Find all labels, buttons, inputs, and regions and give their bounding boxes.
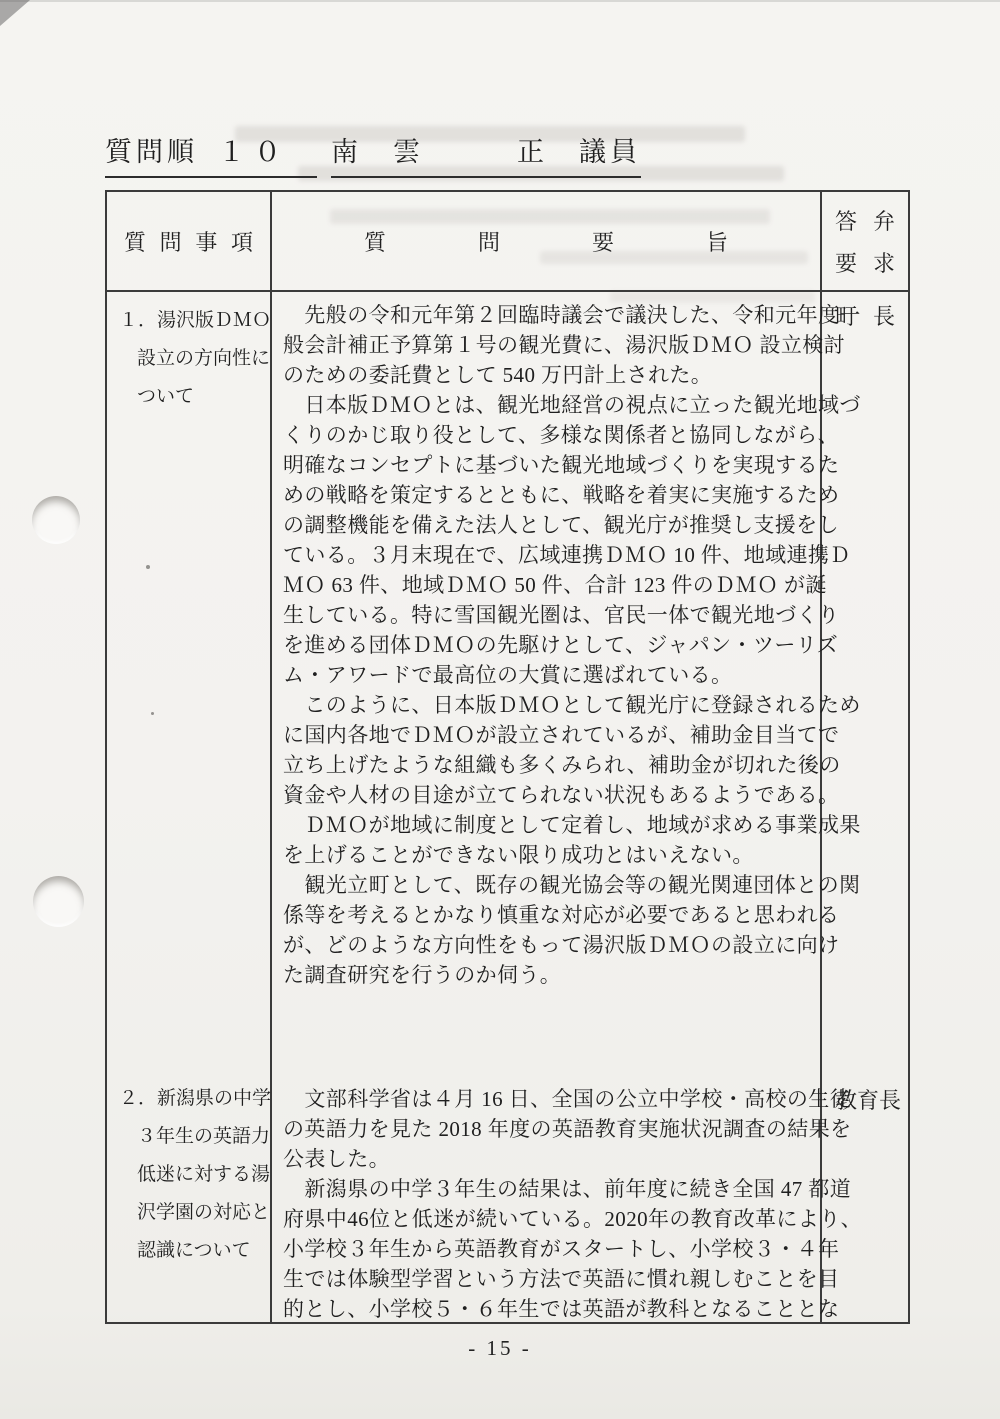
scan-corner-artifact bbox=[0, 0, 30, 26]
text-line: 低迷に対する湯 bbox=[111, 1156, 270, 1194]
question-2-summary: 文部科学省は４月 16 日、全国の公立中学校・高校の生徒の英語力を見た 2018… bbox=[283, 1084, 819, 1324]
char: 求 bbox=[873, 247, 895, 278]
text-line: ２．新潟県の中学 bbox=[111, 1080, 270, 1118]
text-line: 公表した。 bbox=[283, 1144, 819, 1174]
question-2-topic: ２．新潟県の中学３年生の英語力低迷に対する湯沢学園の対応と認識について bbox=[111, 1080, 270, 1270]
text-line: の調整機能を備えた法人として、観光庁が推奨し支援をし bbox=[283, 510, 819, 540]
question-2-answerer: 教育長 bbox=[835, 1084, 895, 1115]
text-line: くりのかじ取り役として、多様な関係者と協同しながら、 bbox=[283, 420, 819, 450]
text-line: ＤＭＯが地域に制度として定着し、地域が求める事業成果 bbox=[283, 810, 819, 840]
text-line: 般会計補正予算第１号の観光費に、湯沢版ＤＭＯ 設立検討 bbox=[283, 330, 819, 360]
scanned-document-page: 質問順１０ 南 雲 正 議員 質問事項 質問要旨 答弁 要求 １．湯沢版ＤＭＯ設… bbox=[0, 0, 1000, 1419]
char: 育 bbox=[857, 1084, 879, 1115]
header-cell-item: 質問事項 bbox=[107, 192, 270, 290]
text-line: 小学校３年生から英語教育がスタートし、小学校３・４年 bbox=[283, 1234, 819, 1264]
text-line: が、どのような方向性をもって湯沢版ＤＭＯの設立に向け bbox=[283, 930, 819, 960]
table-column-divider bbox=[270, 192, 272, 1322]
text-line: 観光立町として、既存の観光協会等の観光関連団体との関 bbox=[283, 870, 819, 900]
text-line: ついて bbox=[111, 378, 270, 416]
text-line: を上げることができない限り成功とはいえない。 bbox=[283, 840, 819, 870]
char: 長 bbox=[873, 300, 895, 331]
text-line: 係等を考えるとかなり慎重な対応が必要であると思われる bbox=[283, 900, 819, 930]
text-line: の英語力を見た 2018 年度の英語教育実施状況調査の結果を bbox=[283, 1114, 819, 1144]
header-item-label: 質問事項 bbox=[124, 226, 253, 257]
char: 質 bbox=[124, 226, 146, 257]
text-line: 日本版ＤＭＯとは、観光地経営の視点に立った観光地域づ bbox=[283, 390, 819, 420]
text-line: 資金や人材の目途が立てられない状況もあるようである。 bbox=[283, 780, 819, 810]
header-summary-label: 質問要旨 bbox=[364, 226, 728, 257]
text-line: このように、日本版ＤＭＯとして観光庁に登録されるため bbox=[283, 690, 819, 720]
question-order-label: 質問順 bbox=[105, 137, 198, 167]
text-line: 生している。特に雪国観光圏は、官民一体で観光地づくり bbox=[283, 600, 819, 630]
text-line: た調査研究を行うのか伺う。 bbox=[283, 960, 819, 990]
text-line: １．湯沢版ＤＭＯ bbox=[111, 302, 270, 340]
text-line: 府県中46位と低迷が続いている。2020年の教育改革により、 bbox=[283, 1204, 819, 1234]
char: 弁 bbox=[873, 205, 895, 236]
char: 質 bbox=[364, 226, 386, 257]
char: 要 bbox=[592, 226, 614, 257]
char: 問 bbox=[478, 226, 500, 257]
question-1-summary: 先般の令和元年第２回臨時議会で議決した、令和元年度一般会計補正予算第１号の観光費… bbox=[283, 300, 819, 990]
text-line: 設立の方向性に bbox=[111, 340, 270, 378]
punch-hole bbox=[33, 876, 84, 927]
header-answer-label-row2: 要求 bbox=[835, 247, 895, 278]
char: 事 bbox=[195, 226, 217, 257]
header-cell-answer-request: 答弁 要求 bbox=[822, 192, 908, 290]
punch-hole bbox=[32, 496, 80, 544]
question-order-number: １０ bbox=[218, 137, 290, 167]
char: 町 bbox=[835, 300, 857, 331]
char: 長 bbox=[879, 1084, 901, 1115]
header-answer-label-row1: 答弁 bbox=[835, 205, 895, 236]
text-line: 沢学園の対応と bbox=[111, 1194, 270, 1232]
member-name: 南 雲 正 議員 bbox=[331, 130, 641, 178]
text-line: 認識について bbox=[111, 1232, 270, 1270]
question-1-answerer: 町長 bbox=[835, 300, 895, 331]
char: 要 bbox=[835, 247, 857, 278]
text-line: ム・アワードで最高位の大賞に選ばれている。 bbox=[283, 660, 819, 690]
question-table: 質問事項 質問要旨 答弁 要求 １．湯沢版ＤＭＯ設立の方向性について 先般の令和… bbox=[105, 190, 910, 1324]
text-line: 明確なコンセプトに基づいた観光地域づくりを実現するた bbox=[283, 450, 819, 480]
text-line: ３年生の英語力 bbox=[111, 1118, 270, 1156]
text-line: 文部科学省は４月 16 日、全国の公立中学校・高校の生徒 bbox=[283, 1084, 819, 1114]
text-line: のための委託費として 540 万円計上された。 bbox=[283, 360, 819, 390]
char: 旨 bbox=[706, 226, 728, 257]
char: 問 bbox=[160, 226, 182, 257]
text-line: 先般の令和元年第２回臨時議会で議決した、令和元年度一 bbox=[283, 300, 819, 330]
table-header-divider bbox=[107, 290, 908, 292]
text-line: ている。３月末現在で、広域連携ＤＭＯ 10 件、地域連携Ｄ bbox=[283, 540, 819, 570]
text-line: 立ち上げたような組織も多くみられ、補助金が切れた後の bbox=[283, 750, 819, 780]
text-line: ＭＯ 63 件、地域ＤＭＯ 50 件、合計 123 件のＤＭＯ が誕 bbox=[283, 570, 819, 600]
question-1-topic: １．湯沢版ＤＭＯ設立の方向性について bbox=[111, 302, 270, 416]
text-line: を進める団体ＤＭＯの先駆けとして、ジャパン・ツーリズ bbox=[283, 630, 819, 660]
char: 項 bbox=[231, 226, 253, 257]
page-number: - 15 - bbox=[0, 1336, 1000, 1361]
header-cell-summary: 質問要旨 bbox=[272, 192, 820, 290]
text-line: めの戦略を策定するとともに、戦略を着実に実施するため bbox=[283, 480, 819, 510]
char: 教 bbox=[835, 1084, 857, 1115]
text-line: に国内各地でＤＭＯが設立されているが、補助金目当てで bbox=[283, 720, 819, 750]
char: 答 bbox=[835, 205, 857, 236]
document-title-row: 質問順１０ 南 雲 正 議員 bbox=[105, 128, 641, 178]
scan-edge-shadow bbox=[0, 0, 1000, 2]
text-line: 生では体験型学習という方法で英語に慣れ親しむことを目 bbox=[283, 1264, 819, 1294]
text-line: 新潟県の中学３年生の結果は、前年度に続き全国 47 都道 bbox=[283, 1174, 819, 1204]
question-order: 質問順１０ bbox=[105, 130, 317, 178]
text-line: 的とし、小学校５・６年生では英語が教科となることとな bbox=[283, 1294, 819, 1324]
